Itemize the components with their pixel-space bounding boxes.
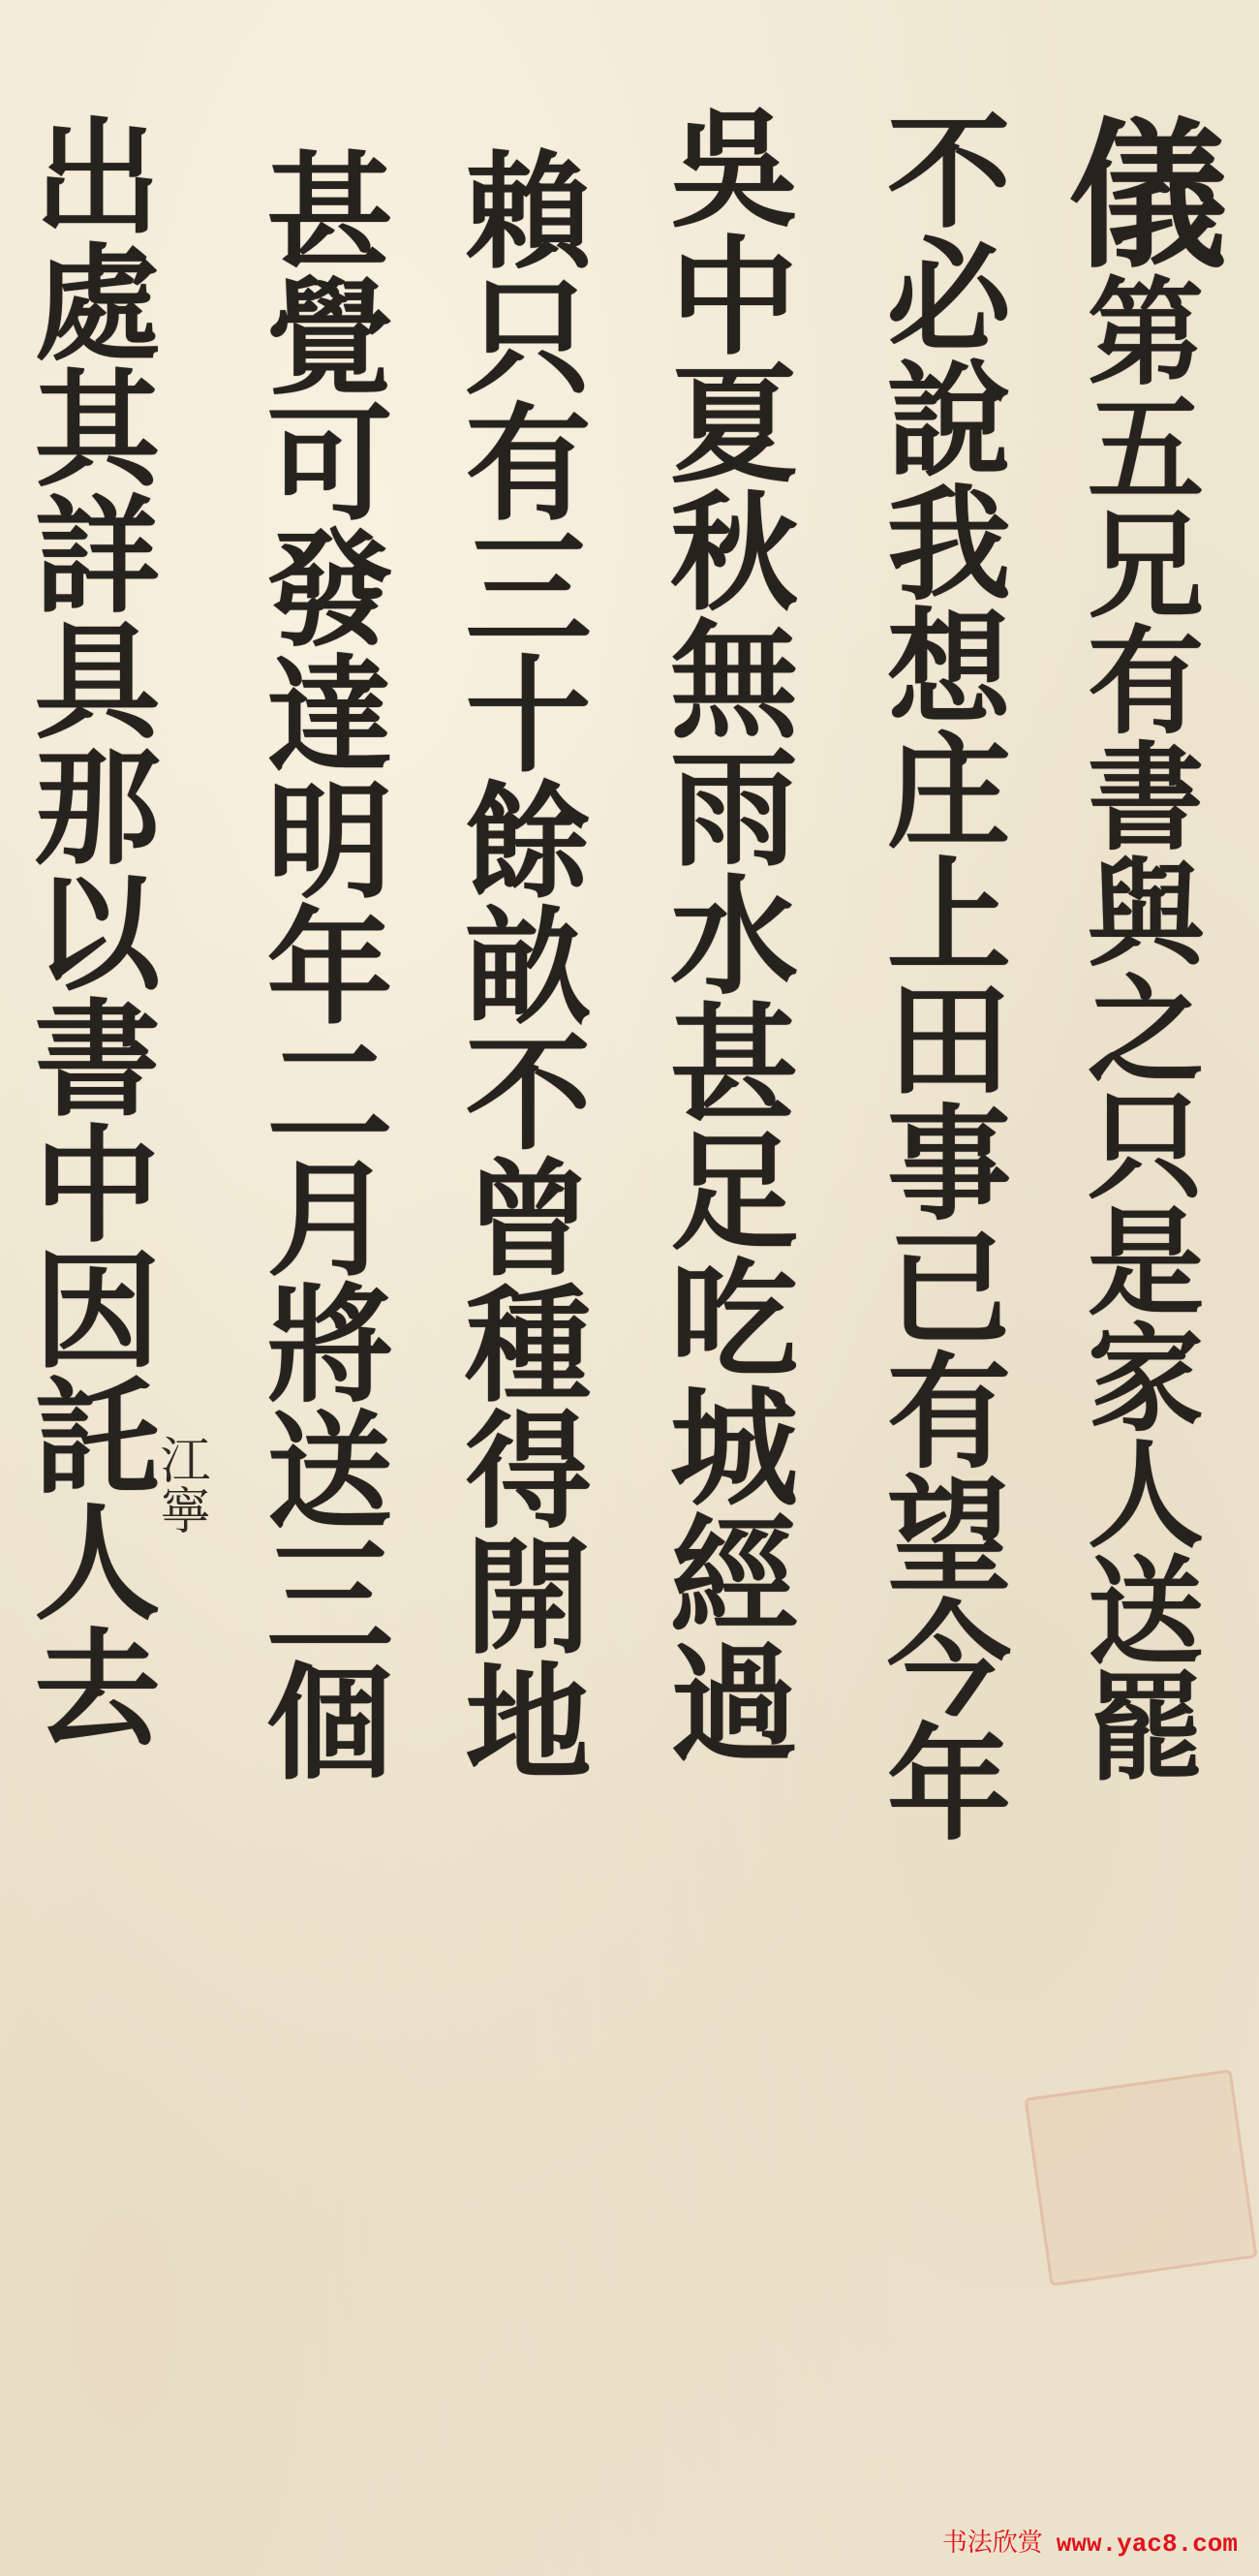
column-1: 儀第五兄有書與之只是家人送罷 [1056, 111, 1215, 1783]
side-annotation: 江寧 [155, 1434, 205, 1535]
watermark-url: www.yac8.com [1057, 2529, 1238, 2559]
column-2: 不必說我想庄上田事已有望今年 [876, 107, 1000, 1843]
column-1-opening-character: 儀 [1042, 111, 1230, 271]
column-1-text: 第五兄有書與之只是家人送罷 [1068, 271, 1205, 1783]
watermark: 书法欣赏www.yac8.com [942, 2523, 1238, 2559]
seal-stamp [1024, 2069, 1257, 2286]
column-3: 吳中夏秋無雨水甚足吃城經過 [659, 102, 786, 1764]
calligraphy-sheet: 儀第五兄有書與之只是家人送罷 不必說我想庄上田事已有望今年 吳中夏秋無雨水甚足吃… [0, 0, 1259, 2576]
column-5: 甚覺可發達明年二月將送三個 [257, 145, 383, 1783]
watermark-text: 书法欣赏 [942, 2529, 1043, 2558]
column-6: 出處其詳具那以書中因託人去 [24, 111, 150, 1749]
column-4: 賴只有三十餘畝不曾種得開地 [455, 145, 581, 1783]
